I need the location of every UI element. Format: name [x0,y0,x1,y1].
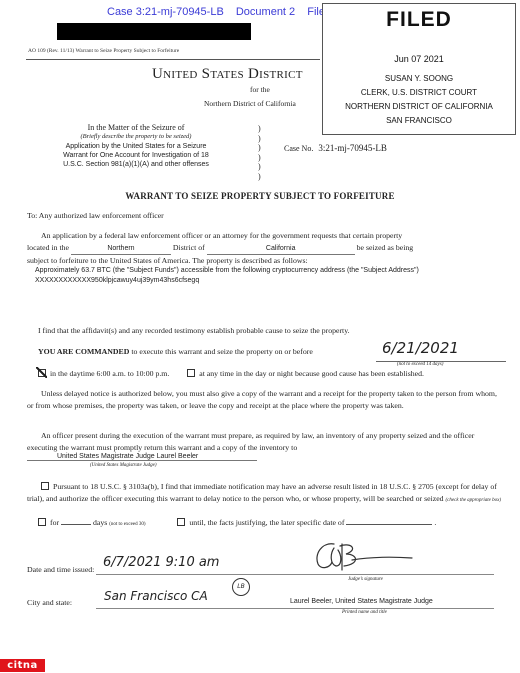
case-number: Case 3:21-mj-70945-LB [107,6,224,18]
redaction-bar [57,23,251,40]
stamp-date: Jun 07 2021 [323,54,515,64]
matter-instruction: (Briefly describe the property to be sei… [46,132,226,141]
signature-line [256,574,494,575]
state-field: California [207,243,355,256]
commanded-bold: YOU ARE COMMANDED [38,347,129,356]
stamp-clerk: SUSAN Y. SOONG [323,74,515,83]
daytime-label: in the daytime 6:00 a.m. to 10:00 p.m. [50,369,169,378]
be-seized-label: be seized as being [357,243,414,252]
stamp-district: NORTHERN DISTRICT OF CALIFORNIA [323,102,515,111]
printed-name-line [256,608,494,609]
issued-label: Date and time issued: [27,565,94,574]
inventory-paragraph: An officer present during the execution … [27,430,501,453]
city-line [96,608,266,609]
delay-note: (check the appropriate box) [446,498,502,503]
anytime-checkbox[interactable] [187,369,195,377]
district-field: Northern [71,243,171,256]
document-number: Document 2 [236,6,295,18]
case-no-value: 3:21-mj-70945-LB [318,143,387,153]
until-checkbox[interactable] [177,518,185,526]
stamp-city: SAN FRANCISCO [323,116,515,125]
daytime-checkbox[interactable] [38,369,46,377]
delay-paragraph: Pursuant to 18 U.S.C. § 3103a(b), I find… [27,481,501,506]
judge-initials: LB [232,578,250,596]
until-date-blank [346,524,432,525]
delay-options: for days (not to exceed 30) until, the f… [38,518,436,527]
matter-line: U.S.C. Section 981(a)(1)(A) and other of… [46,160,226,169]
delay-checkbox[interactable] [41,482,49,490]
for-the: for the [250,85,270,94]
return-to-field: United States Magistrate Judge Laurel Be… [27,453,257,461]
case-no-label: Case No. [284,144,313,153]
delay-text: Pursuant to 18 U.S.C. § 3103a(b), I find… [27,482,497,503]
form-code: AO 109 (Rev. 11/13) Warrant to Seize Pro… [28,48,179,54]
days-label: days [93,518,107,527]
anytime-label: at any time in the day or night because … [199,369,424,378]
days-note: (not to exceed 30) [109,522,145,527]
court-title: United States District [152,66,303,83]
deadline-date: 6/21/2021 [382,339,459,357]
matter-line: Warrant for One Account for Investigatio… [46,151,226,160]
application-paragraph: An application by a federal law enforcem… [27,230,495,267]
warrant-title: WARRANT TO SEIZE PROPERTY SUBJECT TO FOR… [0,191,520,201]
matter-line: Application by the United States for a S… [46,142,226,151]
for-days-checkbox[interactable] [38,518,46,526]
signature-scribble-icon [312,538,422,574]
located-label: located in the [27,243,69,252]
commanded-line: YOU ARE COMMANDED to execute this warran… [38,347,313,356]
signature-label: Judge’s signature [348,577,383,582]
issued-value: 6/7/2021 9:10 am [103,555,219,570]
crypto-address: XXXXXXXXXXXX950klpjcawuy4uj39ym43hs6cfse… [35,276,419,286]
header-rule [26,59,320,60]
subject-text: subject to forfeiture to the United Stat… [27,256,308,265]
judge-signature [312,538,422,579]
district-of-label: District of [173,243,205,252]
case-no: Case No. 3:21-mj-70945-LB [284,143,387,153]
to-line: To: Any authorized law enforcement offic… [27,211,164,220]
property-description: Approximately 63.7 BTC (the "Subject Fun… [35,266,419,285]
issued-line [96,574,256,575]
commanded-text: to execute this warrant and seize the pr… [129,347,312,356]
probable-cause-finding: I find that the affidavit(s) and any rec… [38,326,350,335]
application-intro: An application by a federal law enforcem… [27,231,402,240]
notice-paragraph: Unless delayed notice is authorized belo… [27,388,501,411]
time-options: in the daytime 6:00 a.m. to 10:00 p.m. a… [38,369,424,378]
printed-name: Laurel Beeler, United States Magistrate … [290,598,433,605]
deadline-note: (not to exceed 14 days) [397,362,443,367]
stamp-title: FILED [323,8,515,32]
court-district: Northern District of California [204,99,296,108]
printed-name-label: Printed name and title [342,610,387,615]
city-value: San Francisco CA [104,589,208,603]
property-line: Approximately 63.7 BTC (the "Subject Fun… [35,266,419,276]
matter-block: In the Matter of the Seizure of (Briefly… [46,123,226,169]
watermark-logo: citna [0,659,45,672]
days-blank [61,524,91,525]
caption-brackets: ) ) ) ) ) ) [258,124,261,181]
city-label: City and state: [27,598,72,607]
until-label: until, the facts justifying, the later s… [189,518,344,527]
return-to-note: (United States Magistrate Judge) [90,463,157,468]
stamp-court: CLERK, U.S. DISTRICT COURT [323,88,515,97]
matter-heading: In the Matter of the Seizure of [46,123,226,132]
filed-stamp: FILED Jun 07 2021 SUSAN Y. SOONG CLERK, … [322,3,516,135]
for-label: for [50,518,59,527]
